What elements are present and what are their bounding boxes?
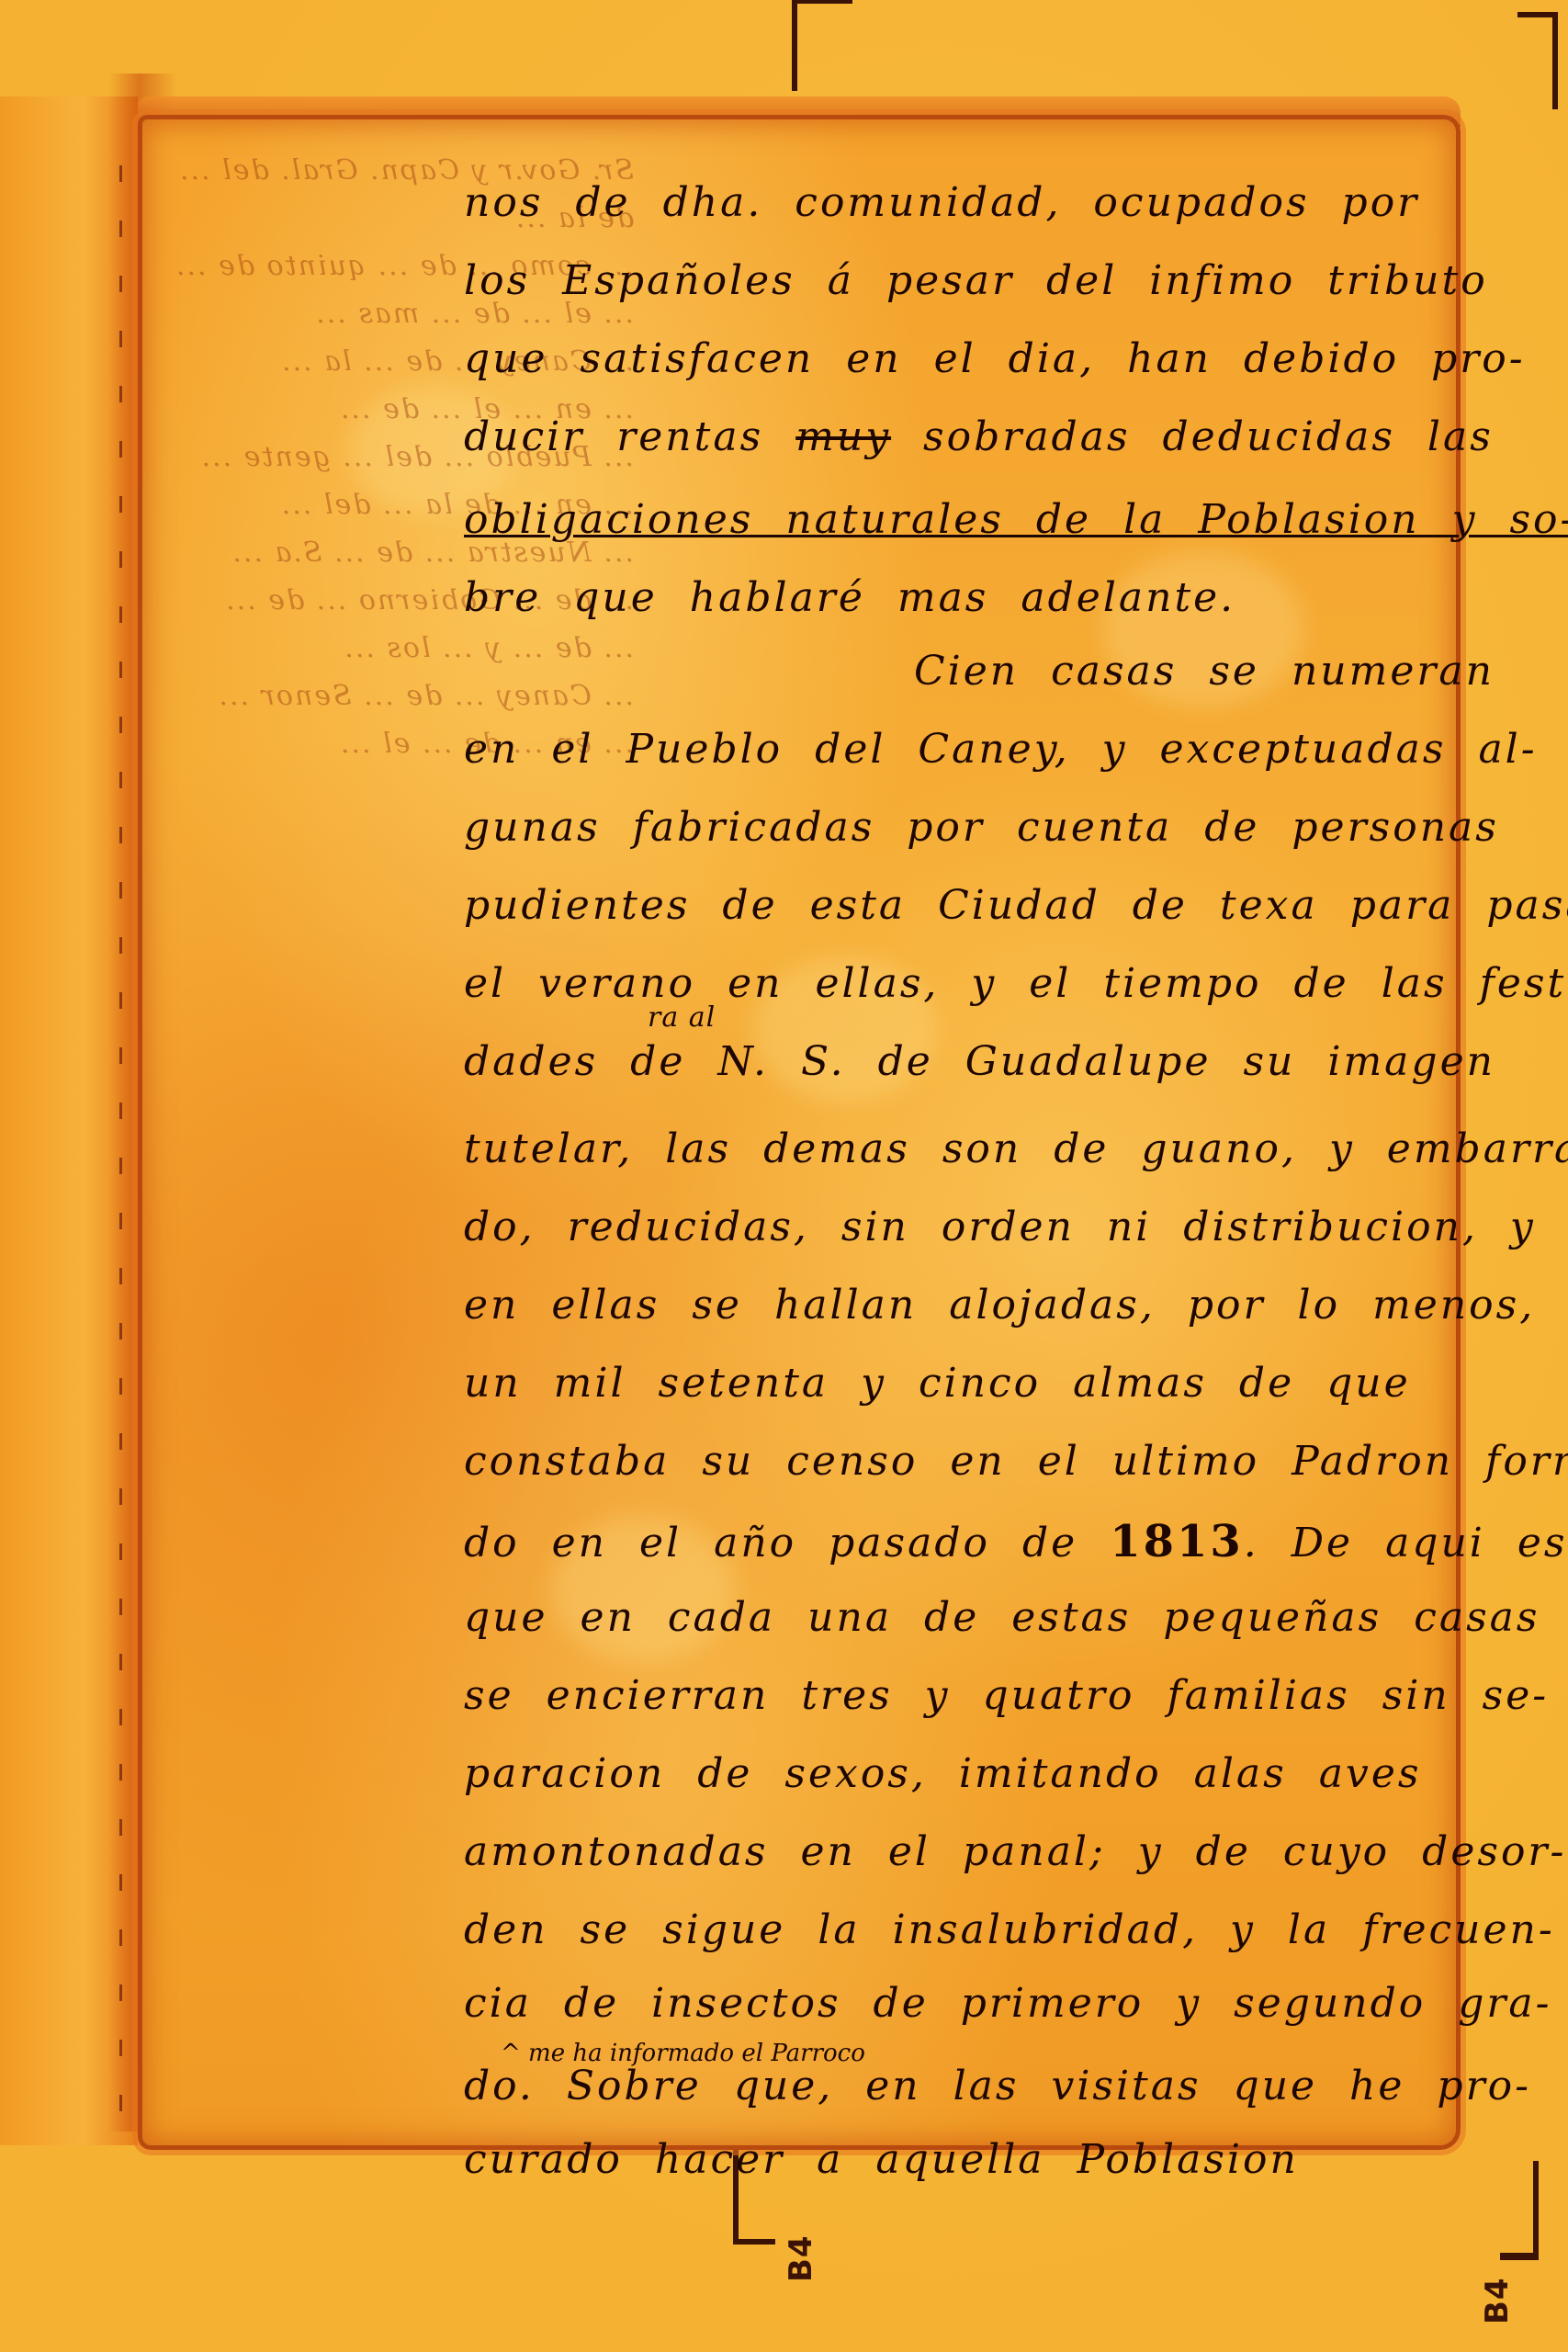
manuscript-line-5: obligaciones naturales de la Poblasion y… xyxy=(464,496,1568,543)
crop-mark-bottom-right xyxy=(1500,2161,1539,2260)
manuscript-line-9: gunas fabricadas por cuenta de personas xyxy=(464,804,1499,851)
manuscript-line-2: los Españoles á pesar del infimo tributo xyxy=(464,257,1488,304)
manuscript-line-17: constaba su censo en el ultimo Padron fo… xyxy=(464,1438,1568,1485)
manuscript-line-15: en ellas se hallan alojadas, por lo meno… xyxy=(464,1282,1535,1329)
crop-mark-top-left xyxy=(792,0,852,91)
manuscript-line-6: bre que hablaré mas adelante. xyxy=(464,574,1235,621)
line-18-text-end: . De aqui es xyxy=(1244,1520,1568,1566)
manuscript-line-12: dades de N. S. de Guadalupe su imagen xyxy=(464,1038,1495,1085)
manuscript-line-18: do en el año pasado de 1813. De aqui es xyxy=(464,1516,1568,1567)
manuscript-line-3: que satisfacen en el dia, han debido pro… xyxy=(464,335,1526,382)
manuscript-line-16: un mil setenta y cinco almas de que xyxy=(464,1360,1411,1407)
struck-word: muy xyxy=(795,413,891,460)
manuscript-line-22: amontonadas en el panal; y de cuyo desor… xyxy=(464,1828,1566,1875)
manuscript-line-1: nos de dha. comunidad, ocupados por xyxy=(464,179,1419,226)
manuscript-line-10: pudientes de esta Ciudad de texa para pa… xyxy=(464,882,1568,929)
superscript-annotation: ra al xyxy=(648,1001,716,1034)
crop-mark-top-right xyxy=(1517,12,1558,109)
manuscript-line-4: ducir rentas muy sobradas deducidas las xyxy=(464,413,1494,460)
manuscript-line-8: en el Pueblo del Caney, y exceptuadas al… xyxy=(464,726,1538,773)
manuscript-line-14: do, reducidas, sin orden ni distribucion… xyxy=(464,1204,1536,1250)
manuscript-line-25: do. Sobre que, en las visitas que he pro… xyxy=(464,2063,1531,2109)
manuscript-line-11: el verano en ellas, y el tiempo de las f… xyxy=(464,960,1568,1007)
manuscript-line-26: curado hacer a aquella Poblasion xyxy=(464,2136,1299,2183)
crop-label-bottom-right: B4 xyxy=(1479,2277,1516,2324)
line-4-text: ducir rentas xyxy=(464,413,795,460)
binding-stitches xyxy=(119,165,122,2141)
manuscript-line-24: cia de insectos de primero y segundo gra… xyxy=(464,1980,1552,2027)
year-1813: 1813 xyxy=(1110,1516,1244,1567)
manuscript-line-21: paracion de sexos, imitando alas aves xyxy=(464,1750,1421,1797)
manuscript-line-23: den se sigue la insalubridad, y la frecu… xyxy=(464,1906,1555,1953)
manuscript-line-19: que en cada una de estas pequeñas casas xyxy=(464,1594,1540,1641)
crop-label-bottom-left: B4 xyxy=(783,2234,819,2282)
line-4-text-end: sobradas deducidas las xyxy=(891,413,1494,460)
line-5-text: obligaciones naturales de la Poblasion y… xyxy=(464,496,1568,543)
manuscript-line-7-paragraph-start: Cien casas se numeran xyxy=(914,648,1495,695)
line-18-text: do en el año pasado de xyxy=(464,1520,1110,1566)
manuscript-line-13: tutelar, las demas son de guano, y embar… xyxy=(464,1125,1568,1172)
manuscript-line-20: se encierran tres y quatro familias sin … xyxy=(464,1672,1549,1719)
